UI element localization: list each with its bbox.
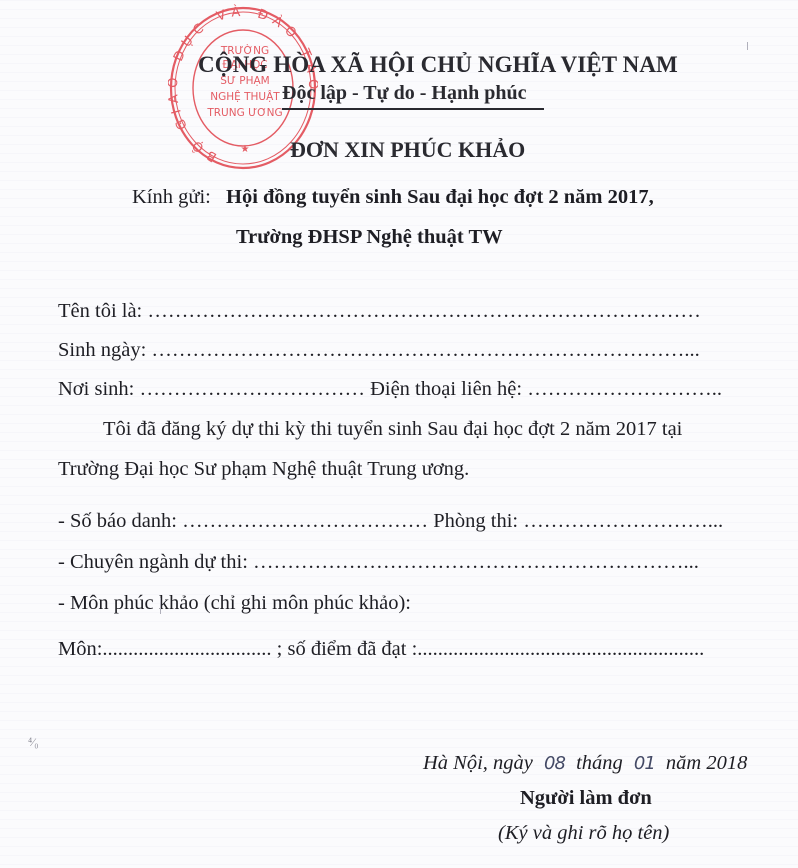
date-month-handwritten: 01 bbox=[634, 753, 655, 774]
recipient-line-2: Trường ĐHSP Nghệ thuật TW bbox=[236, 226, 503, 249]
date-prefix: Hà Nội, ngày bbox=[423, 752, 533, 774]
stamp-line: NGHỆ THUẬT bbox=[210, 90, 280, 103]
recipient-block: Kính gửi: Hội đồng tuyển sinh Sau đại họ… bbox=[132, 186, 654, 209]
date-month-label: tháng bbox=[576, 752, 623, 774]
signature-date: Hà Nội, ngày 08 tháng 01 năm 2018 bbox=[423, 752, 747, 775]
recipient-label: Kính gửi: bbox=[132, 186, 211, 208]
document-title: ĐƠN XIN PHÚC KHẢO bbox=[290, 137, 525, 163]
scan-mark bbox=[747, 42, 748, 50]
stamp-star-icon: ★ bbox=[241, 144, 250, 155]
scan-mark bbox=[160, 598, 161, 614]
date-day-handwritten: 08 bbox=[544, 753, 565, 774]
field-name: Tên tôi là: ……………………………………………………………………… bbox=[58, 300, 768, 323]
date-year: năm 2018 bbox=[666, 752, 747, 774]
signature-note: (Ký và ghi rõ họ tên) bbox=[498, 822, 669, 845]
motto: Độc lập - Tự do - Hạnh phúc bbox=[282, 82, 526, 105]
field-birthplace-phone: Nơi sinh: …………………………… Điện thoại liên hệ… bbox=[58, 378, 768, 401]
stamp-line: TRUNG ƯƠNG bbox=[206, 107, 282, 119]
nation-heading: CỘNG HÒA XÃ HỘI CHỦ NGHĨA VIỆT NAM bbox=[198, 52, 678, 78]
statement-line-1: Tôi đã đăng ký dự thi kỳ thi tuyển sinh … bbox=[103, 418, 682, 441]
statement-line-2: Trường Đại học Sư phạm Nghệ thuật Trung … bbox=[58, 458, 768, 481]
motto-underline bbox=[282, 108, 544, 110]
field-candidate-number-room: - Số báo danh: ……………………………… Phòng thi: …… bbox=[58, 510, 768, 533]
field-date-of-birth: Sinh ngày: ……………………………………………………………………... bbox=[58, 339, 768, 362]
scan-speck: ⁴⁄₀ bbox=[28, 735, 38, 750]
subject-heading: - Môn phúc khảo (chỉ ghi môn phúc khảo): bbox=[58, 592, 768, 615]
field-subject-score: Môn:................................. ; … bbox=[58, 638, 768, 661]
document-page: BỘ GIÁO DỤC VÀ ĐÀO TẠO TRƯỜNG ĐẠI HỌC SƯ… bbox=[0, 0, 798, 868]
recipient-line-1: Hội đồng tuyển sinh Sau đại học đợt 2 nă… bbox=[226, 186, 654, 208]
signer-title: Người làm đơn bbox=[520, 787, 652, 810]
field-major: - Chuyên ngành dự thi: ……………………………………………… bbox=[58, 551, 768, 574]
